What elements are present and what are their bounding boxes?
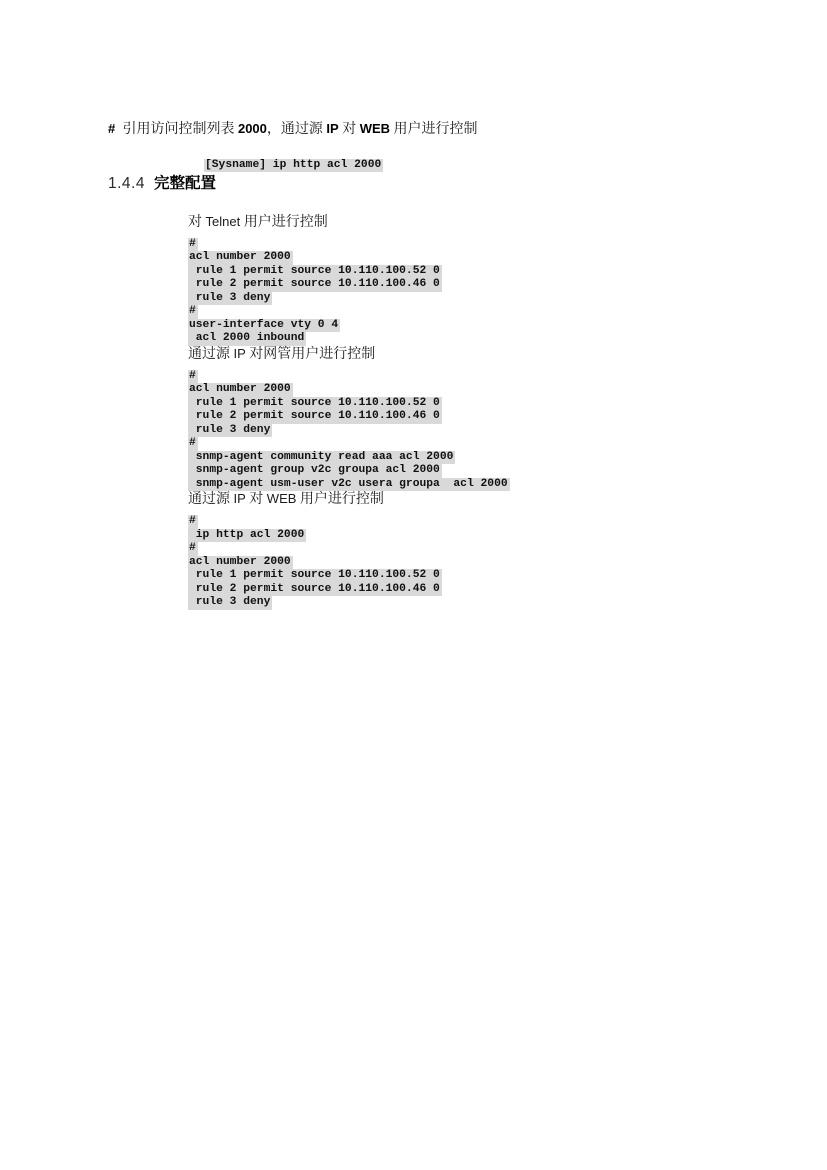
- code-line: user-interface vty 0 4: [188, 316, 827, 330]
- text-segment: 用户进行控制: [390, 122, 478, 137]
- code-text: rule 3 deny: [188, 596, 272, 610]
- text-segment: 用户进行控制: [240, 215, 328, 230]
- code-line: acl 2000 inbound: [188, 329, 827, 343]
- code-text: [Sysname] ip http acl 2000: [204, 159, 383, 173]
- code-text: ip http acl 2000: [188, 529, 306, 543]
- text-segment: 对: [188, 215, 206, 230]
- section-label: 通过源 IP 对网管用户进行控制: [188, 345, 827, 363]
- code-line: rule 1 permit source 10.110.100.52 0: [188, 394, 827, 408]
- code-line: rule 1 permit source 10.110.100.52 0: [188, 566, 827, 580]
- text-segment: 对网管用户进行控制: [246, 347, 376, 362]
- code-text: snmp-agent usm-user v2c usera groupa acl…: [188, 478, 510, 492]
- code-line: acl number 2000: [188, 248, 827, 262]
- code-text: rule 3 deny: [188, 424, 272, 438]
- code-line: #: [188, 302, 827, 316]
- text-segment: 通过源: [188, 347, 234, 362]
- section-label: 对 Telnet 用户进行控制: [188, 213, 827, 231]
- sections: 对 Telnet 用户进行控制#acl number 2000 rule 1 p…: [188, 213, 827, 607]
- code-text: rule 3 deny: [188, 292, 272, 306]
- code-block: #acl number 2000 rule 1 permit source 10…: [188, 235, 827, 343]
- code-line: #: [188, 434, 827, 448]
- heading-number: 1.4.4: [108, 175, 145, 192]
- text-segment: Telnet: [206, 214, 241, 229]
- text-segment: IP: [234, 346, 246, 361]
- text-segment: 通过源: [188, 492, 234, 507]
- section-label: 通过源 IP 对 WEB 用户进行控制: [188, 490, 827, 508]
- section-heading: 1.4.4完整配置: [108, 173, 827, 194]
- heading-title: 完整配置: [154, 175, 216, 192]
- text-segment: 用户进行控制: [296, 492, 384, 507]
- text-segment: WEB: [360, 121, 390, 136]
- code-line: ip http acl 2000: [188, 526, 827, 540]
- document-page: # 引用访问控制列表 2000，通过源 IP 对 WEB 用户进行控制 [Sys…: [0, 0, 827, 1170]
- code-line: snmp-agent group v2c groupa acl 2000: [188, 461, 827, 475]
- config-section: 对 Telnet 用户进行控制#acl number 2000 rule 1 p…: [188, 213, 827, 343]
- text-segment: ，通过源: [267, 122, 327, 137]
- text-segment: 对: [339, 122, 360, 137]
- text-segment: 2000: [238, 121, 267, 136]
- code-line: acl number 2000: [188, 553, 827, 567]
- text-segment: 引用访问控制列表: [122, 122, 238, 137]
- code-text: acl 2000 inbound: [188, 332, 306, 346]
- text-segment: IP: [326, 121, 338, 136]
- config-section: 通过源 IP 对 WEB 用户进行控制# ip http acl 2000#ac…: [188, 490, 827, 607]
- intro-line: # 引用访问控制列表 2000，通过源 IP 对 WEB 用户进行控制: [108, 120, 827, 139]
- code-block: #acl number 2000 rule 1 permit source 10…: [188, 367, 827, 489]
- code-line: acl number 2000: [188, 380, 827, 394]
- text-segment: IP: [234, 491, 246, 506]
- intro-code-line: [Sysname] ip http acl 2000: [188, 142, 827, 156]
- text-segment: 对: [246, 492, 267, 507]
- code-line: #: [188, 235, 827, 249]
- text-segment: #: [108, 121, 122, 136]
- code-line: #: [188, 512, 827, 526]
- config-section: 通过源 IP 对网管用户进行控制#acl number 2000 rule 1 …: [188, 345, 827, 489]
- code-line: rule 1 permit source 10.110.100.52 0: [188, 262, 827, 276]
- code-line: snmp-agent community read aaa acl 2000: [188, 448, 827, 462]
- code-line: rule 2 permit source 10.110.100.46 0: [188, 580, 827, 594]
- code-line: rule 2 permit source 10.110.100.46 0: [188, 275, 827, 289]
- code-line: snmp-agent usm-user v2c usera groupa acl…: [188, 475, 827, 489]
- code-line: #: [188, 367, 827, 381]
- code-line: rule 2 permit source 10.110.100.46 0: [188, 407, 827, 421]
- text-segment: WEB: [267, 491, 297, 506]
- code-block: # ip http acl 2000#acl number 2000 rule …: [188, 512, 827, 607]
